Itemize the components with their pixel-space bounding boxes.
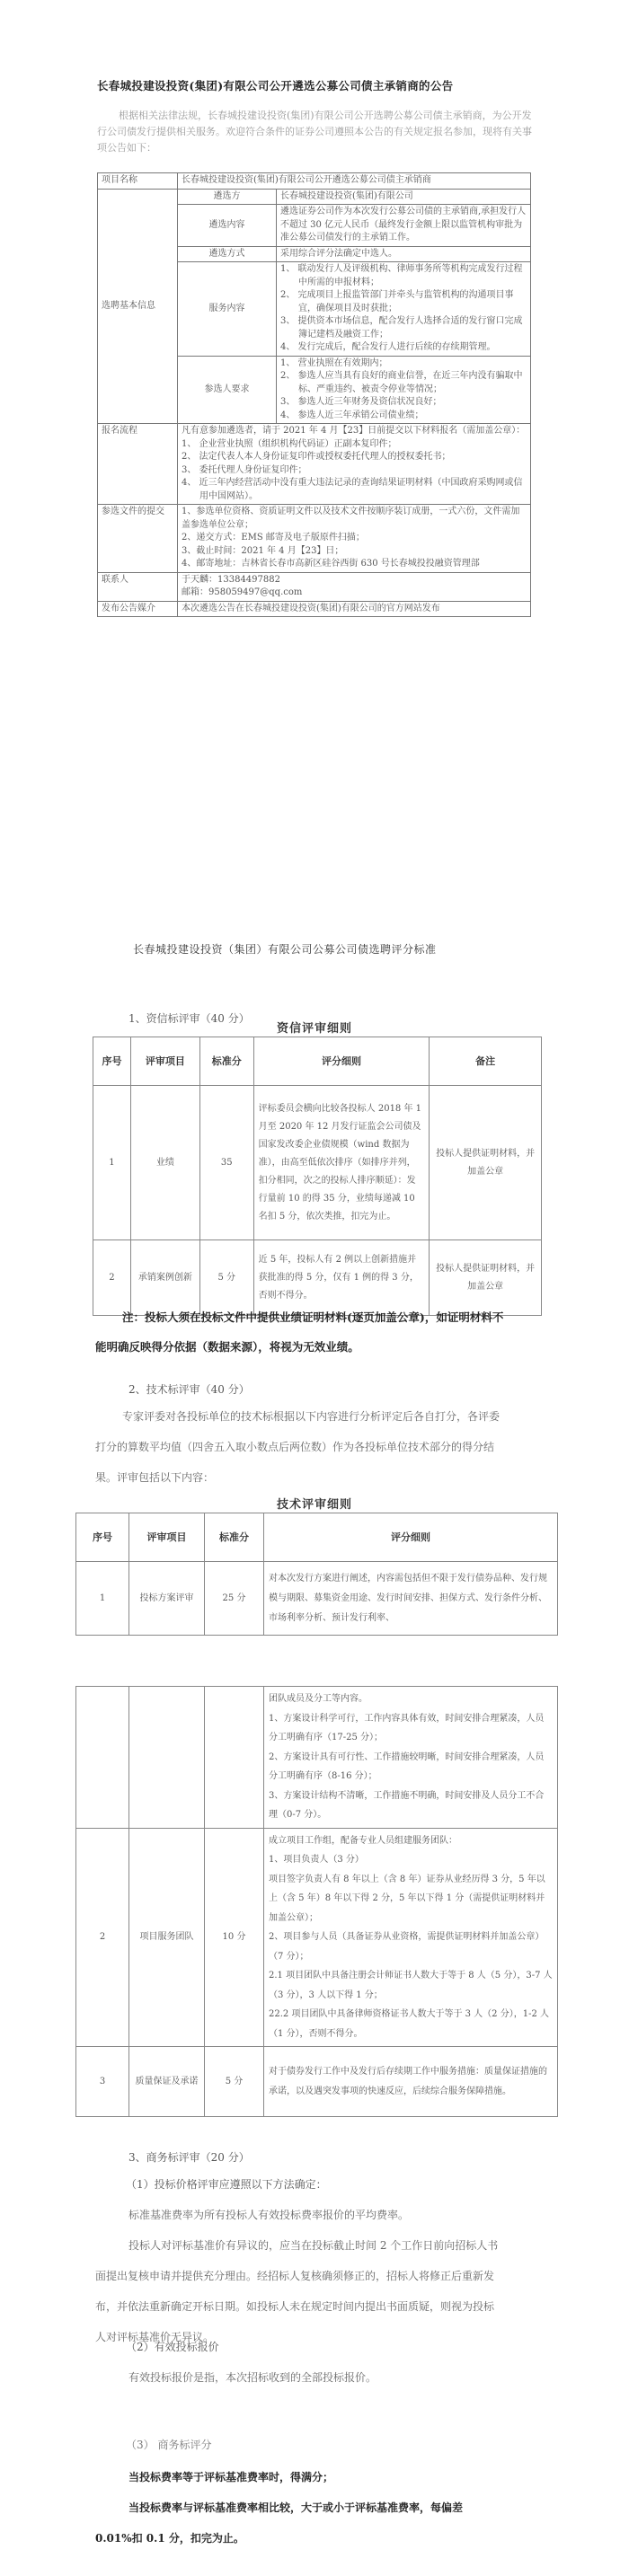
signup-item: 2、 法定代表人本人身份证复印件或授权委托代理人的授权委托书； [182, 451, 527, 464]
table-row: 1 业绩 35 评标委员会横向比较各投标人 2018 年 1 月至 2020 年… [93, 1086, 542, 1240]
row-selector: 选聘基本信息 遴选方 长春城投建设投资(集团)有限公司 [98, 189, 531, 205]
basic-info-label: 选聘基本信息 [98, 189, 178, 424]
table-row: 3 质量保证及承诺 5 分 对于债券发行工作中及发行后存续期工作中服务措施：质量… [76, 2047, 558, 2117]
submission-item: 2、递交方式：EMS 邮寄及电子版原件扫描； [182, 532, 527, 545]
row-rule-continued: 团队成员及分工等内容。 1、方案设计科学可行，工作内容具体有效，时间安排合理紧凑… [264, 1687, 558, 1829]
rule-line: 3、方案设计结构不清晰，工作措施不明确，时间安排及人员分工不合理（0-7 分）。 [269, 1786, 553, 1825]
table-row-continued: 团队成员及分工等内容。 1、方案设计科学可行，工作内容具体有效，时间安排合理紧凑… [76, 1687, 558, 1829]
technical-header-row: 序号 评审项目 标准分 评分细则 [76, 1513, 558, 1562]
media-label: 发布公告媒介 [98, 601, 178, 617]
submission-item: 4、邮寄地址：吉林省长春市高新区硅谷西街 630 号长春城投投融资管理部 [182, 558, 527, 571]
service-items: 1、 联动发行人及评级机构、律师事务所等机构完成发行过程中所需的申报材料； 2、… [277, 262, 531, 357]
submission-content: 1、参选单位资格、资质证明文件以及技术文件按顺序装订成册，一式六份，文件需加盖参… [178, 505, 531, 573]
table-row: 2 项目服务团队 10 分 成立项目工作组，配备专业人员组建服务团队： 1、项目… [76, 1828, 558, 2047]
row-item: 项目服务团队 [129, 1828, 205, 2047]
submission-item: 3、截止时间：2021 年 4 月【23】日； [182, 545, 527, 559]
contact-label: 联系人 [98, 572, 178, 601]
row-item: 投标方案评审 [129, 1562, 205, 1636]
contact-email[interactable]: 邮箱：958059497@qq.com [182, 587, 527, 600]
business-sub3-p1: 当投标费率等于评标基准费率时，得满分； [128, 2462, 524, 2492]
row-remark: 投标人提供证明材料，并加盖公章 [430, 1086, 542, 1240]
service-item: 1、 联动发行人及评级机构、律师事务所等机构完成发行过程中所需的申报材料； [280, 263, 527, 289]
business-sub2-p1: 有效投标报价是指，本次招标收到的全部投标报价。 [128, 2362, 377, 2393]
rule-line: 1、项目负责人（3 分） [269, 1850, 553, 1870]
rule-line: 团队成员及分工等内容。 [269, 1689, 553, 1709]
col-header: 评分细则 [264, 1513, 558, 1562]
service-item: 3、 提供资本市场信息，配合发行人选择合适的发行窗口完成簿记建档及融资工作； [280, 315, 527, 341]
row-project-name: 项目名称 长春城投建设投资(集团)有限公司公开遴选公募公司债主承销商 [98, 173, 531, 190]
row-no: 3 [76, 2047, 129, 2117]
business-sub2-heading: （2）有效投标报价 [126, 2332, 219, 2362]
col-header: 序号 [93, 1037, 131, 1086]
row-signup: 报名流程 凡有意参加遴选者，请于 2021 年 4 月【23】日前提交以下材料报… [98, 424, 531, 505]
project-name-value: 长春城投建设投资(集团)有限公司公开遴选公募公司债主承销商 [178, 173, 531, 190]
col-header: 序号 [76, 1513, 129, 1562]
service-item: 4、 发行完成后，配合发行人进行后续的存续期管理。 [280, 341, 527, 355]
contact-phone: 于天麟：13384497882 [182, 574, 527, 587]
technical-description: 专家评委对各投标单位的技术标根据以下内容进行分析评定后各自打分，各评委打分的算数… [95, 1401, 501, 1493]
business-sub3-p2: 当投标费率与评标基准费率相比较，大于或小于评标基准费率，每偏差 0.01%扣 0… [95, 2492, 501, 2554]
technical-table-part2: 团队成员及分工等内容。 1、方案设计科学可行，工作内容具体有效，时间安排合理紧凑… [75, 1686, 558, 2117]
requirement-item: 1、 营业执照在有效期内； [280, 357, 527, 371]
service-label: 服务内容 [178, 262, 277, 357]
rule-line: 2、项目参与人员（具备证券从业资格，需提供证明材料并加盖公章）（7 分）； [269, 1928, 553, 1966]
requirement-item: 4、 参选人近三年承销公司债业绩； [280, 410, 527, 423]
row-rule: 成立项目工作组，配备专业人员组建服务团队： 1、项目负责人（3 分） 项目签字负… [264, 1828, 558, 2047]
technical-table-part1: 序号 评审项目 标准分 评分细则 1 投标方案评审 25 分 对本次发行方案进行… [75, 1513, 558, 1636]
rule-line: 2、方案设计具有可行性、工作措施较明晰，时间安排合理紧凑，人员分工明确有序（8-… [269, 1748, 553, 1786]
row-no: 1 [76, 1562, 129, 1636]
row-rule: 评标委员会横向比较各投标人 2018 年 1 月至 2020 年 12 月发行证… [253, 1086, 430, 1240]
content-label: 遴选内容 [178, 205, 277, 247]
requirement-label: 参选人要求 [178, 356, 277, 424]
requirement-item: 2、 参选人应当具有良好的商业信誉，在近三年内没有骗取中标、严重违约、被责令停业… [280, 370, 527, 396]
rule-line: 22.2 项目团队中具备律师资格证书人数大于等于 3 人（2 分），1-2 人（… [269, 2005, 553, 2043]
contact-content: 于天麟：13384497882 邮箱：958059497@qq.com [178, 572, 531, 601]
signup-item: 3、 委托代理人身份证复印件； [182, 464, 527, 478]
business-sub1-heading: （1）投标价格评审应遵照以下方法确定： [126, 2169, 327, 2200]
method-label: 遴选方式 [178, 246, 277, 262]
technical-heading: 2、技术标评审（40 分） [128, 1381, 250, 1397]
credit-note: 注：投标人须在投标文件中提供业绩证明材料(逐页加盖公章)，如证明材料不能明确反映… [95, 1302, 509, 1362]
empty-cell [76, 1687, 129, 1829]
service-item: 2、 完成项目上报监管部门并牵头与监管机构的沟通项目事宜，确保项目及时获批； [280, 289, 527, 315]
row-rule: 对于债券发行工作中及发行后存续期工作中服务措施：质量保证措施的承诺，以及遇突发事… [264, 2047, 558, 2117]
scoring-title: 长春城投建设投资（集团）有限公司公募公司债选聘评分标准 [133, 941, 528, 957]
row-rule: 对本次发行方案进行阐述，内容需包括但不限于发行债券品种、发行规模与期限、募集资金… [264, 1562, 558, 1636]
signup-intro: 凡有意参加遴选者，请于 2021 年 4 月【23】日前提交以下材料报名（需加盖… [182, 425, 527, 438]
row-item: 质量保证及承诺 [129, 2047, 205, 2117]
method-value: 采用综合评分法确定中选人。 [277, 246, 531, 262]
empty-cell [205, 1687, 264, 1829]
requirement-items: 1、 营业执照在有效期内； 2、 参选人应当具有良好的商业信誉，在近三年内没有骗… [277, 356, 531, 424]
announcement-table: 项目名称 长春城投建设投资(集团)有限公司公开遴选公募公司债主承销商 选聘基本信… [97, 172, 531, 617]
empty-cell [129, 1687, 205, 1829]
media-value: 本次遴选公告在长春城投建设投资(集团)有限公司的官方网站发布 [178, 601, 531, 617]
row-score: 35 [199, 1086, 253, 1240]
col-header: 评分细则 [253, 1037, 430, 1086]
row-no: 2 [76, 1828, 129, 2047]
announcement-title: 长春城投建设投资(集团)有限公司公开遴选公募公司债主承销商的公告 [97, 77, 546, 93]
signup-content: 凡有意参加遴选者，请于 2021 年 4 月【23】日前提交以下材料报名（需加盖… [178, 424, 531, 505]
row-media: 发布公告媒介 本次遴选公告在长春城投建设投资(集团)有限公司的官方网站发布 [98, 601, 531, 617]
technical-caption: 技术评审细则 [90, 1495, 539, 1512]
col-header: 评审项目 [129, 1513, 205, 1562]
requirement-item: 3、 参选人近三年财务及资信状况良好； [280, 396, 527, 410]
row-submission: 参选文件的提交 1、参选单位资格、资质证明文件以及技术文件按顺序装订成册，一式六… [98, 505, 531, 573]
row-no: 1 [93, 1086, 131, 1240]
col-header: 评审项目 [130, 1037, 199, 1086]
rule-line: 2.1 项目团队中具备注册会计师证书人数大于等于 8 人（5 分），3-7 人（… [269, 1966, 553, 2005]
submission-label: 参选文件的提交 [98, 505, 178, 573]
row-score: 10 分 [205, 1828, 264, 2047]
business-sub3-heading: （3） 商务标评分 [126, 2430, 211, 2460]
rule-line: 成立项目工作组，配备专业人员组建服务团队： [269, 1831, 553, 1851]
col-header: 备注 [430, 1037, 542, 1086]
announcement-intro: 根据相关法律法规，长春城投建设投资(集团)有限公司公开选聘公募公司债主承销商，为… [97, 108, 534, 156]
signup-label: 报名流程 [98, 424, 178, 505]
col-header: 标准分 [205, 1513, 264, 1562]
business-sub1-p1: 标准基准费率为所有投标人有效投标费率报价的平均费率。 [128, 2200, 524, 2230]
content-value: 遴选证券公司作为本次发行公募公司债的主承销商,承担发行人不超过 30 亿元人民币… [277, 205, 531, 247]
rule-line: 项目签字负责人有 8 年以上（含 8 年）证券从业经历得 3 分，5 年以上（含… [269, 1870, 553, 1928]
col-header: 标准分 [199, 1037, 253, 1086]
selector-value: 长春城投建设投资(集团)有限公司 [277, 189, 531, 205]
row-item: 业绩 [130, 1086, 199, 1240]
business-heading: 3、商务标评审（20 分） [128, 2149, 250, 2165]
row-score: 5 分 [205, 2047, 264, 2117]
signup-item: 4、 近三年内经营活动中没有重大违法记录的查询结果证明材料（中国政府采购网或信用… [182, 477, 527, 503]
row-contact: 联系人 于天麟：13384497882 邮箱：958059497@qq.com [98, 572, 531, 601]
credit-table: 序号 评审项目 标准分 评分细则 备注 1 业绩 35 评标委员会横向比较各投标… [93, 1037, 542, 1316]
selector-label: 遴选方 [178, 189, 277, 205]
row-score: 25 分 [205, 1562, 264, 1636]
credit-header-row: 序号 评审项目 标准分 评分细则 备注 [93, 1037, 542, 1086]
rule-line: 1、方案设计科学可行，工作内容具体有效，时间安排合理紧凑，人员分工明确有序（17… [269, 1709, 553, 1748]
table-row: 1 投标方案评审 25 分 对本次发行方案进行阐述，内容需包括但不限于发行债券品… [76, 1562, 558, 1636]
project-name-label: 项目名称 [98, 173, 178, 190]
signup-item: 1、 企业营业执照（组织机构代码证）正副本复印件； [182, 438, 527, 452]
submission-item: 1、参选单位资格、资质证明文件以及技术文件按顺序装订成册，一式六份，文件需加盖参… [182, 506, 527, 532]
credit-caption: 资信评审细则 [90, 1019, 539, 1036]
